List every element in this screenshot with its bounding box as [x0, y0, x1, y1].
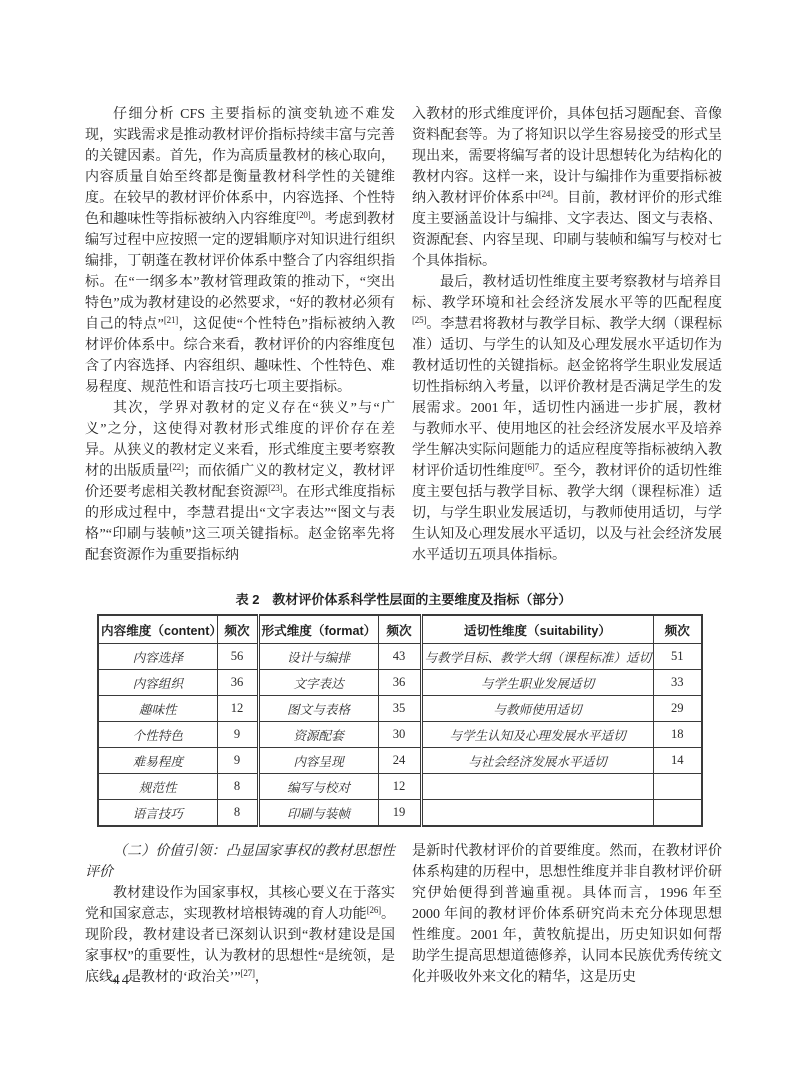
frequency-cell: 9 [217, 748, 258, 774]
dimension-cell: 与社会经济发展水平适切 [421, 748, 653, 774]
paragraph: 其次，学界对教材的定义存在“狭义”与“广义”之分，这使得对教材形式维度的评价存在… [85, 398, 395, 566]
top-left-column: 仔细分析 CFS 主要指标的演变轨迹不难发现，实践需求是推动教材评价指标持续丰富… [85, 104, 395, 588]
top-right-column: 入教材的形式维度评价，具体包括习题配套、音像资料配套等。为了将知识以学生容易接受… [412, 104, 722, 588]
table-caption: 表 2 教材评价体系科学性层面的主要维度及指标（部分） [85, 589, 722, 608]
dimension-cell: 内容呈现 [258, 748, 378, 774]
dimension-cell: 印刷与装帧 [258, 800, 378, 827]
table-body: 内容选择56设计与编排43与教学目标、教学大纲（课程标准）适切51内容组织36文… [98, 644, 702, 827]
dimension-cell: 资源配套 [258, 722, 378, 748]
column-header-frequency: 频次 [378, 615, 421, 644]
frequency-cell: 9 [217, 722, 258, 748]
dimension-cell: 内容选择 [98, 644, 217, 670]
dimension-cell: 趣味性 [98, 696, 217, 722]
frequency-cell: 14 [653, 748, 702, 774]
dimension-cell [421, 774, 653, 800]
table-row: 内容选择56设计与编排43与教学目标、教学大纲（课程标准）适切51 [98, 644, 702, 670]
citation-ref: [23] [268, 483, 282, 493]
dimension-cell: 难易程度 [98, 748, 217, 774]
frequency-cell: 51 [653, 644, 702, 670]
dimension-cell: 内容组织 [98, 670, 217, 696]
dimension-cell [421, 800, 653, 827]
top-text-section: 仔细分析 CFS 主要指标的演变轨迹不难发现，实践需求是推动教材评价指标持续丰富… [85, 104, 722, 588]
dimension-cell: 语言技巧 [98, 800, 217, 827]
dimension-cell: 与教学目标、教学大纲（课程标准）适切 [421, 644, 653, 670]
citation-ref: [24] [539, 189, 553, 199]
paragraph: 仔细分析 CFS 主要指标的演变轨迹不难发现，实践需求是推动教材评价指标持续丰富… [85, 104, 395, 398]
bottom-left-column: （二）价值引领：凸显国家事权的教材思想性评价 教材建设作为国家事权，其核心要义在… [85, 841, 395, 1077]
dimension-cell: 图文与表格 [258, 696, 378, 722]
frequency-cell: 35 [378, 696, 421, 722]
dimension-cell: 编写与校对 [258, 774, 378, 800]
dimension-cell: 规范性 [98, 774, 217, 800]
paragraph: 最后，教材适切性维度主要考察教材与培养目标、教学环境和社会经济发展水平等的匹配程… [412, 272, 722, 566]
frequency-cell: 33 [653, 670, 702, 696]
dimension-cell: 与学生职业发展适切 [421, 670, 653, 696]
bottom-right-column: 是新时代教材评价的首要维度。然而，在教材评价体系构建的历程中，思想性维度并非自教… [412, 841, 722, 1077]
citation-ref: [26] [367, 905, 381, 915]
section-heading: （二）价值引领：凸显国家事权的教材思想性评价 [85, 841, 395, 883]
column-header-format: 形式维度（format） [258, 615, 378, 644]
table-row: 规范性8编写与校对12 [98, 774, 702, 800]
citation-ref: [6]7 [525, 462, 539, 472]
frequency-cell: 12 [378, 774, 421, 800]
page-content: 仔细分析 CFS 主要指标的演变轨迹不难发现，实践需求是推动教材评价指标持续丰富… [85, 104, 722, 1077]
frequency-cell: 8 [217, 800, 258, 827]
frequency-cell: 36 [217, 670, 258, 696]
frequency-cell [653, 774, 702, 800]
table-row: 个性特色9资源配套30与学生认知及心理发展水平适切18 [98, 722, 702, 748]
citation-ref: [20] [296, 210, 310, 220]
citation-ref: [27] [241, 968, 255, 978]
dimension-cell: 设计与编排 [258, 644, 378, 670]
frequency-cell: 19 [378, 800, 421, 827]
dimension-cell: 文字表达 [258, 670, 378, 696]
citation-ref: [21] [164, 315, 178, 325]
table-row: 内容组织36文字表达36与学生职业发展适切33 [98, 670, 702, 696]
table-row: 难易程度9内容呈现24与社会经济发展水平适切14 [98, 748, 702, 774]
frequency-cell: 12 [217, 696, 258, 722]
dimension-cell: 个性特色 [98, 722, 217, 748]
frequency-cell: 36 [378, 670, 421, 696]
dimension-cell: 与学生认知及心理发展水平适切 [421, 722, 653, 748]
table-section: 表 2 教材评价体系科学性层面的主要维度及指标（部分） 内容维度（content… [85, 589, 722, 827]
column-header-frequency: 频次 [653, 615, 702, 644]
paragraph: 是新时代教材评价的首要维度。然而，在教材评价体系构建的历程中，思想性维度并非自教… [412, 841, 722, 988]
column-header-suitability: 适切性维度（suitability） [421, 615, 653, 644]
frequency-cell: 56 [217, 644, 258, 670]
page-number: · 44 · [100, 972, 143, 989]
page: 仔细分析 CFS 主要指标的演变轨迹不难发现，实践需求是推动教材评价指标持续丰富… [0, 0, 800, 1077]
frequency-cell: 43 [378, 644, 421, 670]
column-header-frequency: 频次 [217, 615, 258, 644]
paragraph: 入教材的形式维度评价，具体包括习题配套、音像资料配套等。为了将知识以学生容易接受… [412, 104, 722, 272]
frequency-cell: 29 [653, 696, 702, 722]
table-header-row: 内容维度（content） 频次 形式维度（format） 频次 适切性维度（s… [98, 615, 702, 644]
table-row: 语言技巧8印刷与装帧19 [98, 800, 702, 827]
frequency-cell: 18 [653, 722, 702, 748]
frequency-cell: 8 [217, 774, 258, 800]
bottom-text-section: （二）价值引领：凸显国家事权的教材思想性评价 教材建设作为国家事权，其核心要义在… [85, 841, 722, 1077]
frequency-cell [653, 800, 702, 827]
column-header-content: 内容维度（content） [98, 615, 217, 644]
citation-ref: [22] [170, 462, 184, 472]
table-row: 趣味性12图文与表格35与教师使用适切29 [98, 696, 702, 722]
citation-ref: [25] [412, 315, 426, 325]
frequency-cell: 24 [378, 748, 421, 774]
dimension-cell: 与教师使用适切 [421, 696, 653, 722]
frequency-cell: 30 [378, 722, 421, 748]
dimensions-table: 内容维度（content） 频次 形式维度（format） 频次 适切性维度（s… [97, 614, 703, 827]
